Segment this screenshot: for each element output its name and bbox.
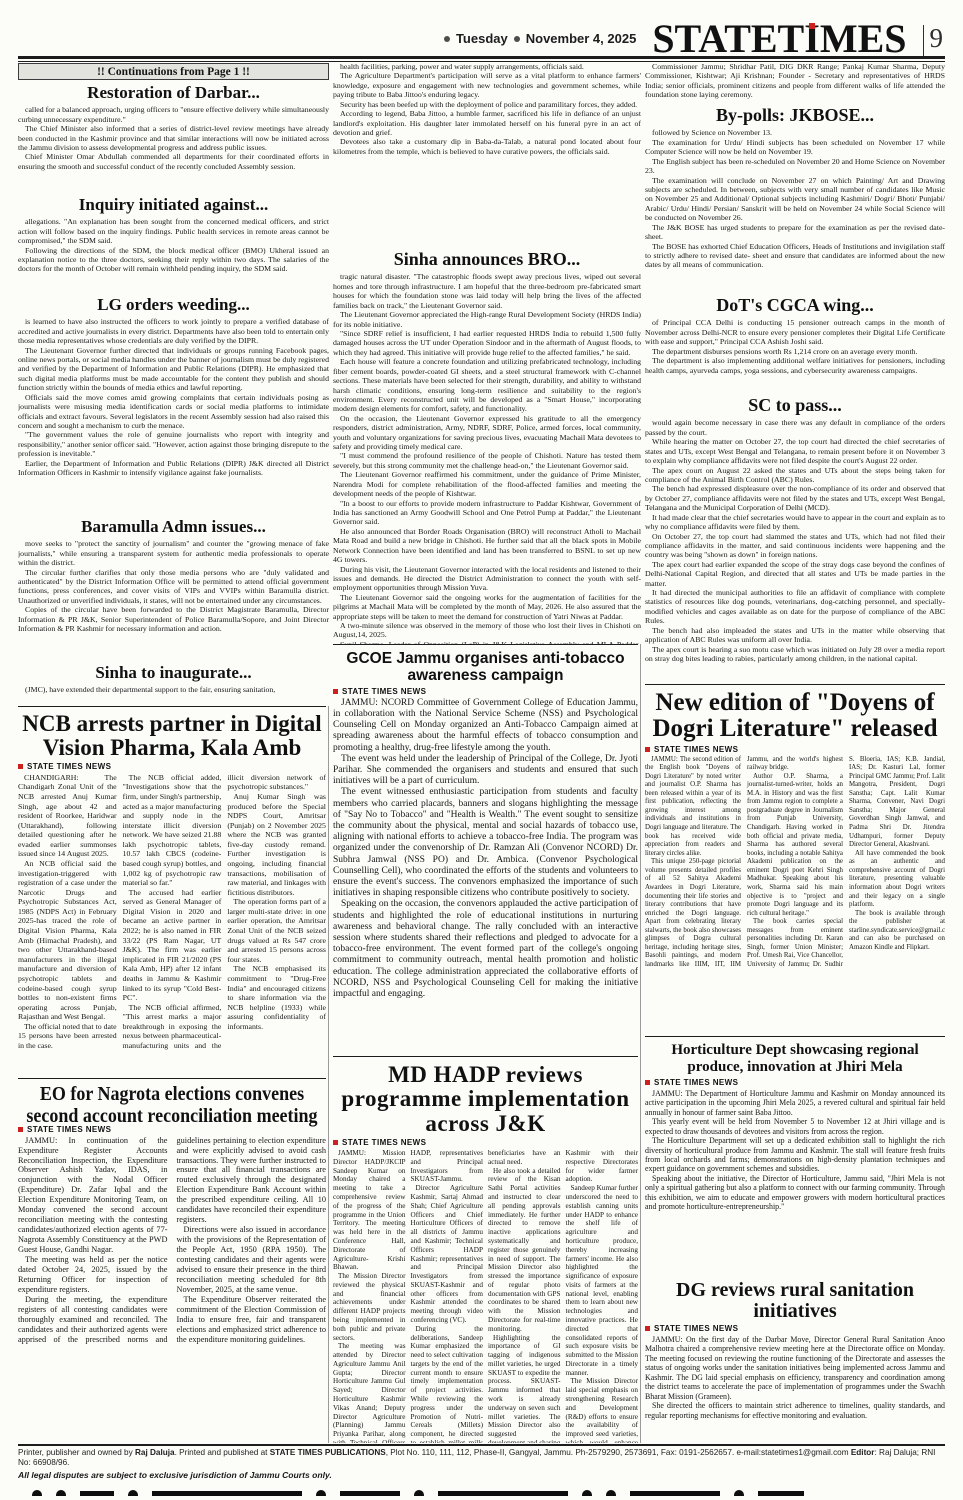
paragraph: would again become necessary in case the… — [645, 418, 945, 437]
date-bullet-icon — [444, 36, 450, 42]
article-body: (JMC), have extended their departmental … — [18, 685, 329, 694]
middle-lower-section: GCOE Jammu organises anti-tobacco awaren… — [333, 644, 641, 1443]
article-ncb-arrests: NCB arrests partner in Digital Vision Ph… — [18, 706, 326, 1078]
article-body: JAMMU: In continuation of the Expenditur… — [18, 1136, 326, 1345]
masthead-brand: STATETIMES — [652, 22, 906, 56]
date-bullet-icon — [514, 36, 520, 42]
masthead-date: Tuesday November 4, 2025 — [444, 31, 636, 56]
article-body: allegations. "An explanation has been so… — [18, 217, 329, 274]
byline-label: STATE TIMES NEWS — [27, 762, 111, 771]
paragraph: The circular further clarifies that only… — [18, 568, 329, 606]
brand-red-i: I — [804, 22, 820, 56]
publication-name: STATE TIMES PUBLICATIONS — [270, 1448, 386, 1457]
article-headline: SC to pass... — [645, 396, 945, 415]
paragraph: He also took a detailed review of the Ki… — [488, 1167, 561, 1334]
article-jhiri-continuation: health facilities, parking, power and wa… — [333, 62, 641, 248]
article-eo-nagrota: EO for Nagrota elections convenes second… — [18, 1078, 326, 1443]
paragraph: The Agriculture Department's participati… — [333, 71, 641, 99]
paragraph: The Mission Director laid special emphas… — [566, 1377, 639, 1443]
page-footer: Printer, publisher and owned by Raj Dalu… — [18, 1444, 945, 1496]
paragraph: Commissioner Jammu; Shridhar Patil, DIG … — [645, 62, 945, 100]
registration-dot-icon — [734, 1490, 744, 1497]
byline-square-icon — [18, 764, 23, 769]
article-bypolls-jkbose: By-polls: JKBOSE... followed by Science … — [645, 104, 945, 294]
paragraph: allegations. "An explanation has been so… — [18, 217, 329, 245]
registration-bar-icon — [80, 1491, 114, 1496]
paragraph: Chief Minister Omar Abdullah commended a… — [18, 152, 329, 171]
byline: STATE TIMES NEWS — [645, 1078, 945, 1087]
article-body: JAMMU: NCORD Committee of Government Col… — [333, 698, 638, 1000]
paragraph: The department disburses pensions worth … — [645, 347, 945, 356]
article-body: JAMMU: Mission Director HADP/JKCIP Sande… — [333, 1149, 638, 1443]
article-headline: Restoration of Darbar... — [18, 84, 329, 102]
byline-label: STATE TIMES NEWS — [654, 1324, 738, 1333]
right-column: Commissioner Jammu; Shridhar Patil, DIG … — [645, 62, 945, 1443]
newspaper-page: Tuesday November 4, 2025 STATETIMES 9 !!… — [0, 0, 963, 1500]
left-lower-section: NCB arrests partner in Digital Vision Ph… — [18, 706, 329, 1443]
article-foundation-continuation: Commissioner Jammu; Shridhar Patil, DIG … — [645, 62, 945, 104]
paragraph: The operation forms part of a larger mul… — [227, 897, 326, 964]
registration-bar-icon — [340, 1491, 400, 1496]
paragraph: health facilities, parking, power and wa… — [333, 62, 641, 71]
paragraph: It had directed the municipal authoritie… — [645, 588, 945, 626]
paragraph: The event was held under the leadership … — [333, 754, 638, 788]
paragraph: The Lieutenant Governor reaffirmed his c… — [333, 470, 641, 498]
article-sinha-inaugurate: Sinha to inaugurate... (JMC), have exten… — [18, 662, 329, 706]
paragraph: The department is also implementing addi… — [645, 356, 945, 375]
paragraph: Anuj Kumar Singh was produced before the… — [227, 792, 326, 897]
article-body: Commissioner Jammu; Shridhar Patil, DIG … — [645, 62, 945, 100]
paragraph: The examination for Urdu/ Hindi subjects… — [645, 138, 945, 157]
paragraph: On October 27, the top court had slammed… — [645, 532, 945, 560]
paragraph: The English subject has been re-schedule… — [645, 157, 945, 176]
article-inquiry-initiated: Inquiry initiated against... allegations… — [18, 194, 329, 294]
registration-bar-icon — [758, 1491, 804, 1496]
paragraph: The official noted that to date 15 perso… — [18, 1022, 117, 1051]
article-headline: NCB arrests partner in Digital Vision Ph… — [18, 712, 326, 760]
article-headline: Baramulla Admn issues... — [18, 518, 329, 536]
registration-marks — [18, 1483, 945, 1497]
article-body: move seeks to "protect the sanctity of j… — [18, 539, 329, 633]
paragraph: She directed the officers to maintain st… — [645, 1401, 945, 1420]
paragraph: called for a balanced approach, urging o… — [18, 105, 329, 124]
article-headline: EO for Nagrota elections convenes second… — [18, 1083, 326, 1127]
paragraph: All have commended the book as an authen… — [849, 850, 945, 910]
masthead: Tuesday November 4, 2025 STATETIMES 9 — [0, 0, 963, 56]
paragraph: JAMMU: On the first day of the Darbar Mo… — [645, 1335, 945, 1401]
registration-dot-icon — [316, 1490, 326, 1497]
brand-text: MES — [820, 22, 907, 56]
article-baramulla-admn: Baramulla Admn issues... move seeks to "… — [18, 516, 329, 662]
paragraph: The J&K BOSE has urged students to prepa… — [645, 223, 945, 242]
paragraph: The book is available through the publis… — [849, 910, 945, 953]
paragraph: "In a boost to our efforts to provide mo… — [333, 499, 641, 527]
paragraph: is learned to have also instructed the o… — [18, 317, 329, 345]
paragraph: The Mission Director reviewed the physic… — [333, 1272, 406, 1342]
continuation-banner: !! Continuations from Page 1 !! — [18, 63, 329, 80]
registration-bar-icon — [630, 1491, 720, 1496]
paragraph: The Chief Minister also informed that a … — [18, 124, 329, 152]
publisher-text: , Plot No. 110, 111, 112, Phase-II, Gang… — [386, 1448, 851, 1457]
article-horticulture-jhiri: Horticulture Dept showcasing regional pr… — [645, 1036, 945, 1276]
article-body: of Principal CCA Delhi is conducting 15 … — [645, 318, 945, 375]
paragraph: During his visit, the Lieutenant Governo… — [333, 565, 641, 593]
paragraph: While hearing the matter on October 27, … — [645, 437, 945, 465]
byline-label: STATE TIMES NEWS — [342, 687, 426, 696]
article-headline: GCOE Jammu organises anti-tobacco awaren… — [333, 650, 638, 685]
article-headline: New edition of "Doyens of Dogri Literatu… — [645, 690, 945, 743]
editor-label: Editor — [851, 1448, 875, 1457]
paragraph: Director Agriculture Kashmir, Sartaj Ahm… — [411, 1184, 484, 1325]
paragraph: The apex court is hearing a suo motu cas… — [645, 645, 945, 664]
article-restoration-of-darbar: Restoration of Darbar... called for a ba… — [18, 82, 329, 194]
article-body: JAMMU: The Department of Horticulture Ja… — [645, 1089, 945, 1212]
article-body: JAMMU: The second edition of the English… — [645, 756, 945, 970]
paragraph: On the occasion, the Lieutenant Governor… — [333, 414, 641, 452]
article-body: CHANDIGARH: The Chandigarh Zonal Unit of… — [18, 773, 326, 1051]
byline: STATE TIMES NEWS — [333, 687, 638, 696]
paragraph: The accused had earlier served as Genera… — [123, 888, 222, 1003]
paragraph: The apex court on August 22 asked the st… — [645, 466, 945, 485]
publisher-text: Printer, publisher and owned by — [18, 1448, 135, 1457]
paragraph: "I must commend the profound resilience … — [333, 451, 641, 470]
paragraph: Speaking on the occasion, the convenors … — [333, 899, 638, 1000]
byline: STATE TIMES NEWS — [645, 1324, 945, 1333]
article-dg-rural-sanitation: DG reviews rural sanitation initiatives … — [645, 1276, 945, 1443]
paragraph: An NCB official said the investigation-t… — [18, 859, 117, 1022]
byline-square-icon — [645, 1080, 650, 1085]
registration-dot-icon — [128, 1490, 138, 1497]
legal-line: All legal disputes are subject to exclus… — [18, 1470, 945, 1480]
article-lg-orders-weeding: LG orders weeding... is learned to have … — [18, 294, 329, 516]
registration-bar-icon — [438, 1491, 568, 1496]
paragraph: Speaking about the initiative, the Direc… — [645, 1174, 945, 1212]
byline-label: STATE TIMES NEWS — [654, 1078, 738, 1087]
weekday-label: Tuesday — [456, 31, 508, 46]
publisher-text: . Printed and published at — [175, 1448, 270, 1457]
byline-square-icon — [645, 747, 650, 752]
paragraph: Security has been beefed up with the dep… — [333, 100, 641, 109]
article-body: JAMMU: On the first day of the Darbar Mo… — [645, 1335, 945, 1420]
paragraph: JAMMU: The Department of Horticulture Ja… — [645, 1089, 945, 1117]
article-md-hadp-review: MD HADP reviews programme implementation… — [333, 1056, 638, 1443]
paragraph: "Since SDRF relief is insufficient, I ha… — [333, 329, 641, 357]
paragraph: tragic natural disaster. "The catastroph… — [333, 272, 641, 310]
article-doyens-dogri: New edition of "Doyens of Dogri Literatu… — [645, 684, 945, 1036]
middle-column: health facilities, parking, power and wa… — [333, 62, 641, 1443]
paragraph: The Expenditure Observer reiterated the … — [177, 1295, 327, 1345]
paragraph: CHANDIGARH: The Chandigarh Zonal Unit of… — [18, 773, 117, 859]
paragraph: Copies of the circular have been forward… — [18, 605, 329, 633]
paragraph: According to legend, Baba Jittoo, a humb… — [333, 109, 641, 137]
article-gcoe-anti-tobacco: GCOE Jammu organises anti-tobacco awaren… — [333, 644, 638, 1056]
article-dot-cgca: DoT's CGCA wing... of Principal CCA Delh… — [645, 294, 945, 394]
paragraph: The Lieutenant Governor said the ongoing… — [333, 593, 641, 621]
article-headline: Horticulture Dept showcasing regional pr… — [645, 1042, 945, 1076]
byline: STATE TIMES NEWS — [645, 745, 945, 754]
paragraph: The examination will conclude on Novembe… — [645, 176, 945, 223]
paragraph: The NCB official added, "Investigations … — [123, 773, 222, 888]
article-headline: Sinha announces BRO... — [333, 250, 641, 269]
date-label: November 4, 2025 — [526, 31, 637, 46]
paragraph: The Lieutenant Governor further directed… — [18, 346, 329, 393]
page-number: 9 — [923, 25, 944, 56]
byline-square-icon — [333, 1140, 338, 1145]
paragraph: Earlier, the Department of Information a… — [18, 459, 329, 478]
article-body: followed by Science on November 13.The e… — [645, 128, 945, 269]
paragraph: A two-minute silence was observed in the… — [333, 621, 641, 640]
brand-text: STATET — [652, 22, 804, 56]
registration-bar-icon — [152, 1491, 302, 1496]
byline: STATE TIMES NEWS — [18, 762, 326, 771]
paragraph: Officials said the move comes amid growi… — [18, 393, 329, 431]
article-body: health facilities, parking, power and wa… — [333, 62, 641, 156]
byline-label: STATE TIMES NEWS — [654, 745, 738, 754]
paragraph: The Horticulture Department will set up … — [645, 1136, 945, 1174]
article-sc-to-pass: SC to pass... would again become necessa… — [645, 394, 945, 684]
paragraph: JAMMU: In continuation of the Expenditur… — [18, 1136, 168, 1255]
registration-dot-icon — [56, 1490, 66, 1497]
byline-square-icon — [333, 689, 338, 694]
paragraph: Directions were also issued in accordanc… — [177, 1225, 327, 1295]
byline-square-icon — [645, 1326, 650, 1331]
paragraph: (JMC), have extended their departmental … — [18, 685, 329, 694]
page-columns: !! Continuations from Page 1 !! Restorat… — [0, 62, 963, 1443]
paragraph: Devotees also take a customary dip in Ba… — [333, 137, 641, 156]
article-body: tragic natural disaster. "The catastroph… — [333, 272, 641, 644]
paragraph: Following the directions of the SDM, the… — [18, 246, 329, 274]
paragraph: It had made clear that the chief secreta… — [645, 513, 945, 532]
paragraph: The BOSE has exhorted Chief Education Of… — [645, 242, 945, 270]
publisher-name: Raj Daluja — [135, 1448, 175, 1457]
byline: STATE TIMES NEWS — [333, 1138, 638, 1147]
registration-dot-icon — [582, 1490, 592, 1497]
article-headline: Inquiry initiated against... — [18, 196, 329, 214]
paragraph: This yearly event will be held from Nove… — [645, 1117, 945, 1136]
paragraph: The apex court had earlier expanded the … — [645, 560, 945, 588]
left-column: !! Continuations from Page 1 !! Restorat… — [18, 62, 329, 1443]
paragraph: Sunil Sharma, Leader of Opposition (LoP)… — [333, 640, 641, 644]
paragraph: The Lieutenant Governor appreciated the … — [333, 310, 641, 329]
article-headline: Sinha to inaugurate... — [18, 664, 329, 682]
registration-dot-icon — [606, 1490, 616, 1497]
registration-dot-icon — [32, 1490, 42, 1497]
paragraph: The NCB emphasised its commitment to "Dr… — [227, 964, 326, 1031]
article-headline: MD HADP reviews programme implementation… — [333, 1063, 638, 1136]
article-headline: DG reviews rural sanitation initiatives — [645, 1280, 945, 1322]
paragraph: of Principal CCA Delhi is conducting 15 … — [645, 318, 945, 346]
article-headline: DoT's CGCA wing... — [645, 296, 945, 315]
registration-dot-icon — [414, 1490, 424, 1497]
paragraph: The bench had expressed displeasure over… — [645, 484, 945, 512]
paragraph: The event witnessed enthusiastic partici… — [333, 787, 638, 899]
paragraph: The meeting was held as per the notice d… — [18, 1255, 168, 1295]
article-body: would again become necessary in case the… — [645, 418, 945, 663]
article-body: is learned to have also instructed the o… — [18, 317, 329, 477]
paragraph: Sandeep Kumar further underscored the ne… — [566, 1184, 639, 1377]
paragraph: "The government values the role of genui… — [18, 430, 329, 458]
paragraph: JAMMU: NCORD Committee of Government Col… — [333, 698, 638, 754]
article-headline: By-polls: JKBOSE... — [645, 106, 945, 125]
paragraph: The bench had also impleaded the states … — [645, 626, 945, 645]
article-sinha-announces-bro: Sinha announces BRO... tragic natural di… — [333, 248, 641, 644]
publisher-line: Printer, publisher and owned by Raj Dalu… — [18, 1448, 945, 1469]
byline-label: STATE TIMES NEWS — [342, 1138, 426, 1147]
paragraph: He also announced that Border Roads Orga… — [333, 527, 641, 565]
paragraph: Each house will feature a concrete found… — [333, 357, 641, 414]
paragraph: JAMMU: The second edition of the English… — [645, 756, 741, 859]
paragraph: Author O.P. Sharma, a journalist-turned-… — [747, 773, 843, 919]
article-headline: LG orders weeding... — [18, 296, 329, 314]
paragraph: followed by Science on November 13. — [645, 128, 945, 137]
article-body: called for a balanced approach, urging o… — [18, 105, 329, 171]
paragraph: move seeks to "protect the sanctity of j… — [18, 539, 329, 567]
paragraph: JAMMU: Mission Director HADP/JKCIP Sande… — [333, 1149, 406, 1272]
